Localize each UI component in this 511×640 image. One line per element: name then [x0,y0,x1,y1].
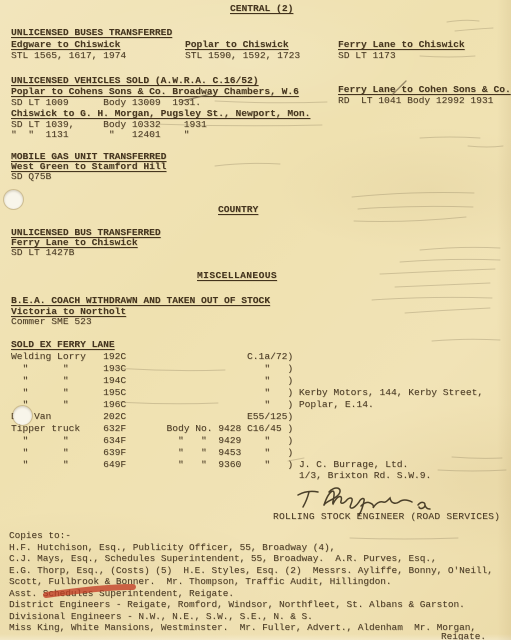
misc-heading: MISCELLANEOUS [197,270,277,281]
vehicle-bea-coach: Commer SME 523 [11,316,92,327]
document-page: CENTRAL (2) UNLICENSED BUSES TRANSFERRED… [0,0,511,640]
route-poplar-to-chiswick: Poplar to Chiswick [185,39,289,50]
section-sold-ex-ferry-lane-heading: SOLD EX FERRY LANE [11,339,115,350]
copies-line: Miss King, White Mansions, Westminster. … [9,622,476,633]
table-row: 1/3, Brixton Rd. S.W.9. [11,470,431,481]
copies-line: H.F. Hutchison, Esq., Publicity Officer,… [9,542,335,553]
copies-line: District Engineers - Reigate, Romford, W… [9,599,465,610]
table-row: " " 649F " " 9360 " ) J. C. Burrage, Ltd… [11,459,408,470]
vehicle-country-bus: SD LT 1427B [11,247,74,258]
sale-poplar-cohens-detail: SD LT 1009 Body 13009 1931. [11,97,201,108]
table-row: Tipper truck 632F Body No. 9428 C16/45 ) [11,423,293,434]
copies-line: Scott, Fullbrook & Bonner. Mr. Thompson,… [9,576,392,587]
table-row: " " 193C " ) [11,363,293,374]
section-buses-heading: UNLICENSED BUSES TRANSFERRED [11,27,172,38]
table-row: Welding Lorry 192C C.1a/72) [11,351,293,362]
page-title: CENTRAL (2) [230,3,293,14]
vehicles-ferrylane: SD LT 1173 [338,50,396,61]
country-heading: COUNTRY [218,204,258,215]
copies-line-reigate: Reigate. [441,631,486,640]
table-row: " " 639F " " 9453 " ) [11,447,293,458]
punch-hole [4,190,23,209]
section-bea-heading: B.E.A. COACH WITHDRAWN AND TAKEN OUT OF … [11,295,270,306]
table-row: " " 634F " " 9429 " ) [11,435,293,446]
signature-role: ROLLING STOCK ENGINEER (ROAD SERVICES) [273,511,500,522]
route-edgware-to-chiswick: Edgware to Chiswick [11,39,120,50]
route-ferrylane-to-chiswick: Ferry Lane to Chiswick [338,39,465,50]
sale-ferrylane-cohen-route: Ferry Lane to Cohen Sons & Co. [338,84,511,95]
table-row: " " 195C " ) Kerby Motors, 144, Kerby St… [11,387,483,398]
vehicles-poplar: STL 1590, 1592, 1723 [185,50,300,61]
table-row: B Van 202C E55/125) [11,411,293,422]
vehicle-gas-unit: SD Q75B [11,171,51,182]
copies-line: E.G. Thorp, Esq., (Costs) (5) H.E. Style… [9,565,493,576]
copies-line: Copies to:- [9,530,71,541]
sale-ferrylane-cohen-detail: RD LT 1041 Body 12992 1931 [338,95,493,106]
sale-chiswick-morgan-route: Chiswick to G. H. Morgan, Pugsley St., N… [11,108,310,119]
copies-line: Asst. Schedules Superintendent, Reigate. [9,588,234,599]
punch-hole [13,406,32,425]
copies-line: C.J. Mays, Esq., Schedules Superintenden… [9,553,437,564]
table-row: " " 196C " ) Poplar, E.14. [11,399,374,410]
section-vehicles-sold-heading: UNLICENSED VEHICLES SOLD (A.W.R.A. C.16/… [11,75,259,86]
copies-line: Divisional Engineers - N.W., N.E., S.W.,… [9,611,313,622]
sale-poplar-cohens-route: Poplar to Cohens Sons & Co. Broadway Cha… [11,86,299,97]
vehicles-edgware: STL 1565, 1617, 1974 [11,50,126,61]
table-row: " " 194C " ) [11,375,293,386]
sale-chiswick-morgan-detail2: " " 1131 " 12401 " [11,129,189,140]
